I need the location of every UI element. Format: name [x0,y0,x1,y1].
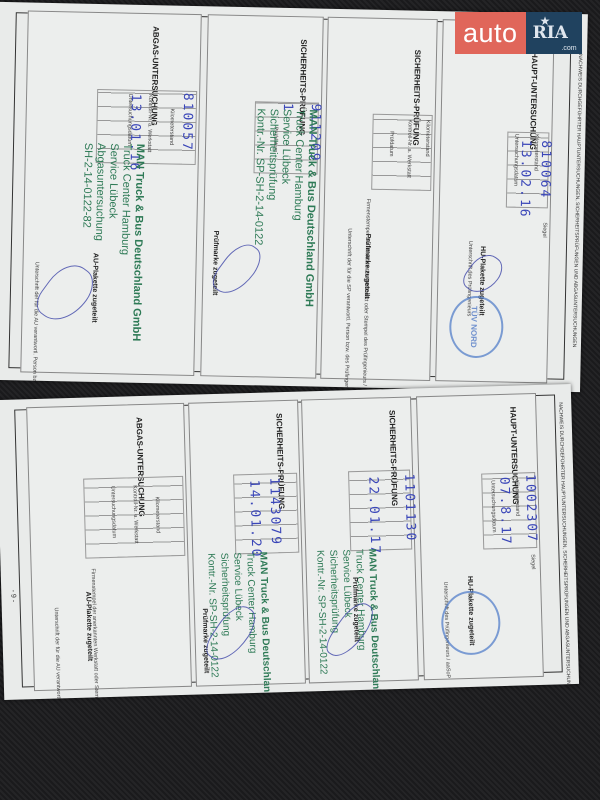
sp-km-label: Kilometerstand [424,120,431,157]
sp-date-label: Prüfdatum [388,131,395,156]
sp-control-label: Kontroll-Nr. a. Werkstatt [405,119,412,177]
watermark-domain-suffix: .com [561,45,576,52]
booklet-top-page: NACHWEIS DURCHGEFÜHRTER HAUPTUNTERSUCHUN… [0,2,588,392]
au-section: ABGAS-UNTERSUCHUNG Untersuchungsdatum 13… [20,10,202,376]
au-km-label: Kilometerstand [168,108,175,145]
booklet-bottom-page: NACHWEIS DURCHGEFÜHRTER HAUPTUNTERSUCHUN… [0,384,579,700]
watermark-ria-text: RIA [533,23,568,43]
sp2b-date-value: 14.01.20 [246,480,263,559]
hu-section-2: HAUPT-UNTERSUCHUNG Untersuchungsdatum 07… [416,393,544,680]
hu-section: HAUPT-UNTERSUCHUNG Untersuchungsdatum 13… [435,19,555,383]
hu2-seal-label: Siegel [529,554,535,569]
tuv-stamp: TÜV NORD [449,295,504,358]
au-workshop-stamp: MAN Truck & Bus Deutschland GmbH Truck C… [77,143,146,342]
page-header-line: NACHWEIS DURCHGEFÜHRTER HAUPTUNTERSUCHUN… [571,54,583,347]
au-section-2: ABGAS-UNTERSUCHUNG Untersuchungsdatum Ko… [26,403,192,691]
sp-section-2a: SICHERHEITS-PRÜFUNG 22.01.17 1101130 MAN… [301,396,419,683]
au-km-value: 810057 [179,93,195,152]
hu-date-value: 13.02.16 [517,140,534,219]
au2-signature-label: Unterschrift der für die AU verantwortl.… [53,607,64,700]
hu2-km-label: Kilometerstand [513,480,520,517]
au-signature-label: Unterschrift der für die AU verantwortl.… [30,262,40,392]
watermark-auto-text: auto [455,12,526,54]
sp-section-empty: SICHERHEITS-PRÜFUNG Prüfdatum Kontroll-N… [320,17,438,381]
sp-plaque-label: Prüfmarke zugeteilt [363,234,371,299]
sp2-workshop-stamp: MAN Truck & Bus Deutschland GmbH Truck C… [250,108,319,307]
sp2b-km-value: 1143079 [266,477,283,546]
au-control-label: Kontroll-Nr. a. Werkstatt [146,94,153,152]
page-number: - 9 - [9,590,16,603]
sp-section-2b: SICHERHEITS-PRÜFUNG 14.01.20 1143079 MAN… [188,400,306,687]
watermark-ria-block: ★ RIA .com [526,12,582,54]
hu2-km-value: 1002307 [522,474,539,543]
hu-seal-label: Siegel [541,222,547,237]
sp2a-km-value: 1101130 [401,473,418,542]
au2-km-label: Kilometerstand [154,497,161,534]
sp-section-filled: SICHERHEITS-PRÜFUNG Prüfdatum 1 911209 M… [200,14,324,378]
hu2-date-value: 07.8.17 [496,477,513,546]
sp2a-date-value: 22.01.17 [365,476,382,555]
autoria-watermark: auto ★ RIA .com [455,12,582,54]
tuv-stamp-2 [440,590,501,656]
sp-signature-label: Unterschrift der für die SP verantwortl.… [342,228,352,392]
hu-km-value: 810064 [537,140,553,199]
